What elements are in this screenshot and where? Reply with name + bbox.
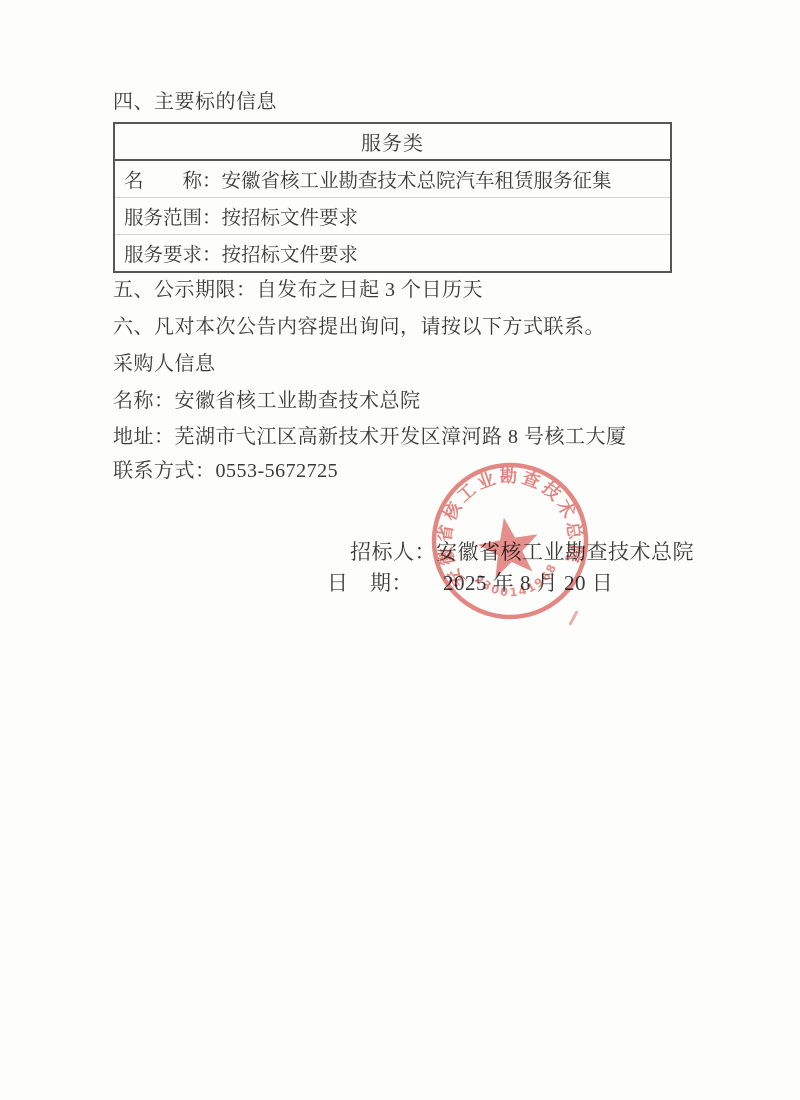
table-row-requirement: 服务要求：按招标文件要求 xyxy=(115,234,670,271)
svg-text:安徽省核工业勘查技术总院: 安徽省核工业勘查技术总院 xyxy=(423,454,591,593)
service-table-header: 服务类 xyxy=(115,124,670,161)
section5-text: 五、公示期限：自发布之日起 3 个日历天 xyxy=(113,279,483,302)
section6-text: 六、凡对本次公告内容提出询问，请按以下方式联系。 xyxy=(113,316,605,339)
row-value: 按招标文件要求 xyxy=(222,239,359,267)
svg-text:2300141968: 2300141968 xyxy=(470,558,564,606)
row-value: 安徽省核工业勘查技术总院汽车租赁服务征集 xyxy=(222,165,612,193)
section4-heading: 四、主要标的信息 xyxy=(113,91,277,114)
row-label: 服务要求： xyxy=(124,239,222,267)
purchaser-contact-line: 联系方式：0553-5672725 xyxy=(113,460,338,483)
row-value: 按招标文件要求 xyxy=(222,202,359,230)
document-page: 四、主要标的信息 服务类 名 称：安徽省核工业勘查技术总院汽车租赁服务征集 服务… xyxy=(0,0,800,1100)
row-label: 服务范围： xyxy=(124,202,222,230)
purchaser-info-heading: 采购人信息 xyxy=(113,353,216,376)
table-row-name: 名 称：安徽省核工业勘查技术总院汽车租赁服务征集 xyxy=(115,161,670,197)
purchaser-name-line: 名称：安徽省核工业勘查技术总院 xyxy=(113,390,421,413)
date-label: 日 期： xyxy=(327,571,413,595)
service-table: 服务类 名 称：安徽省核工业勘查技术总院汽车租赁服务征集 服务范围：按招标文件要… xyxy=(113,122,672,273)
table-row-scope: 服务范围：按招标文件要求 xyxy=(115,197,670,234)
row-label: 名 称： xyxy=(124,165,222,193)
seal-ring-text: 安徽省核工业勘查技术总院 xyxy=(423,454,591,593)
seal-code-text: 2300141968 xyxy=(470,558,564,606)
official-seal: 安徽省核工业勘查技术总院 2300141968 xyxy=(410,441,610,641)
seal-star-icon xyxy=(474,512,544,580)
